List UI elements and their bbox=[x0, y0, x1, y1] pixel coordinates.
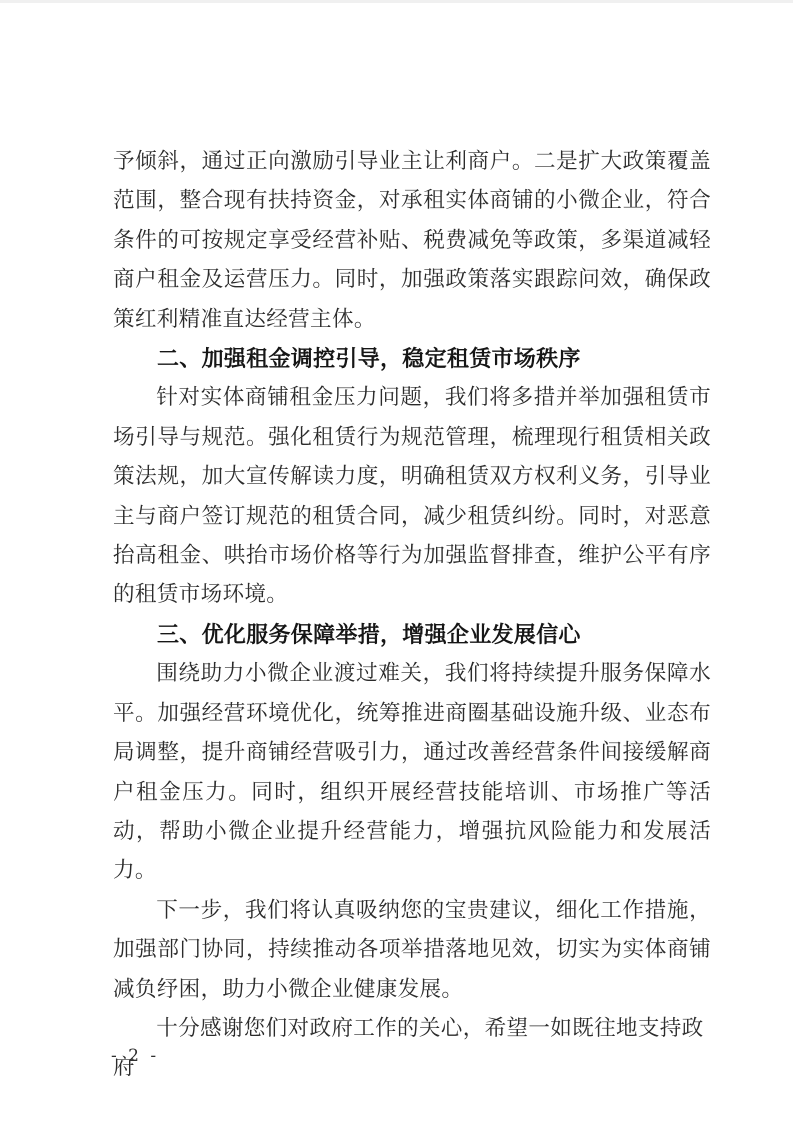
paragraph-rent-regulation: 针对实体商铺租金压力问题，我们将多措并举加强租赁市场引导与规范。强化租赁行为规范… bbox=[113, 378, 711, 614]
section-heading-2: 二、加强租金调控引导，稳定租赁市场秩序 bbox=[113, 339, 711, 378]
document-page: 予倾斜，通过正向激励引导业主让利商户。二是扩大政策覆盖范围，整合现有扶持资金，对… bbox=[0, 0, 793, 1122]
paragraph-thanks-partial: 十分感谢您们对政府工作的关心，希望一如既往地支持政府 bbox=[113, 1009, 711, 1088]
scan-edge bbox=[0, 0, 793, 3]
paragraph-next-steps: 下一步，我们将认真吸纳您的宝贵建议，细化工作措施，加强部门协同，持续推动各项举措… bbox=[113, 891, 711, 1009]
letter-body: 予倾斜，通过正向激励引导业主让利商户。二是扩大政策覆盖范围，整合现有扶持资金，对… bbox=[113, 142, 711, 1088]
section-heading-3: 三、优化服务保障举措，增强企业发展信心 bbox=[113, 615, 711, 654]
page-number: - 2 - bbox=[111, 1046, 159, 1066]
paragraph-service-guarantee: 围绕助力小微企业渡过难关，我们将持续提升服务保障水平。加强经营环境优化，统筹推进… bbox=[113, 654, 711, 890]
paragraph-policy-support-continued: 予倾斜，通过正向激励引导业主让利商户。二是扩大政策覆盖范围，整合现有扶持资金，对… bbox=[113, 142, 711, 339]
